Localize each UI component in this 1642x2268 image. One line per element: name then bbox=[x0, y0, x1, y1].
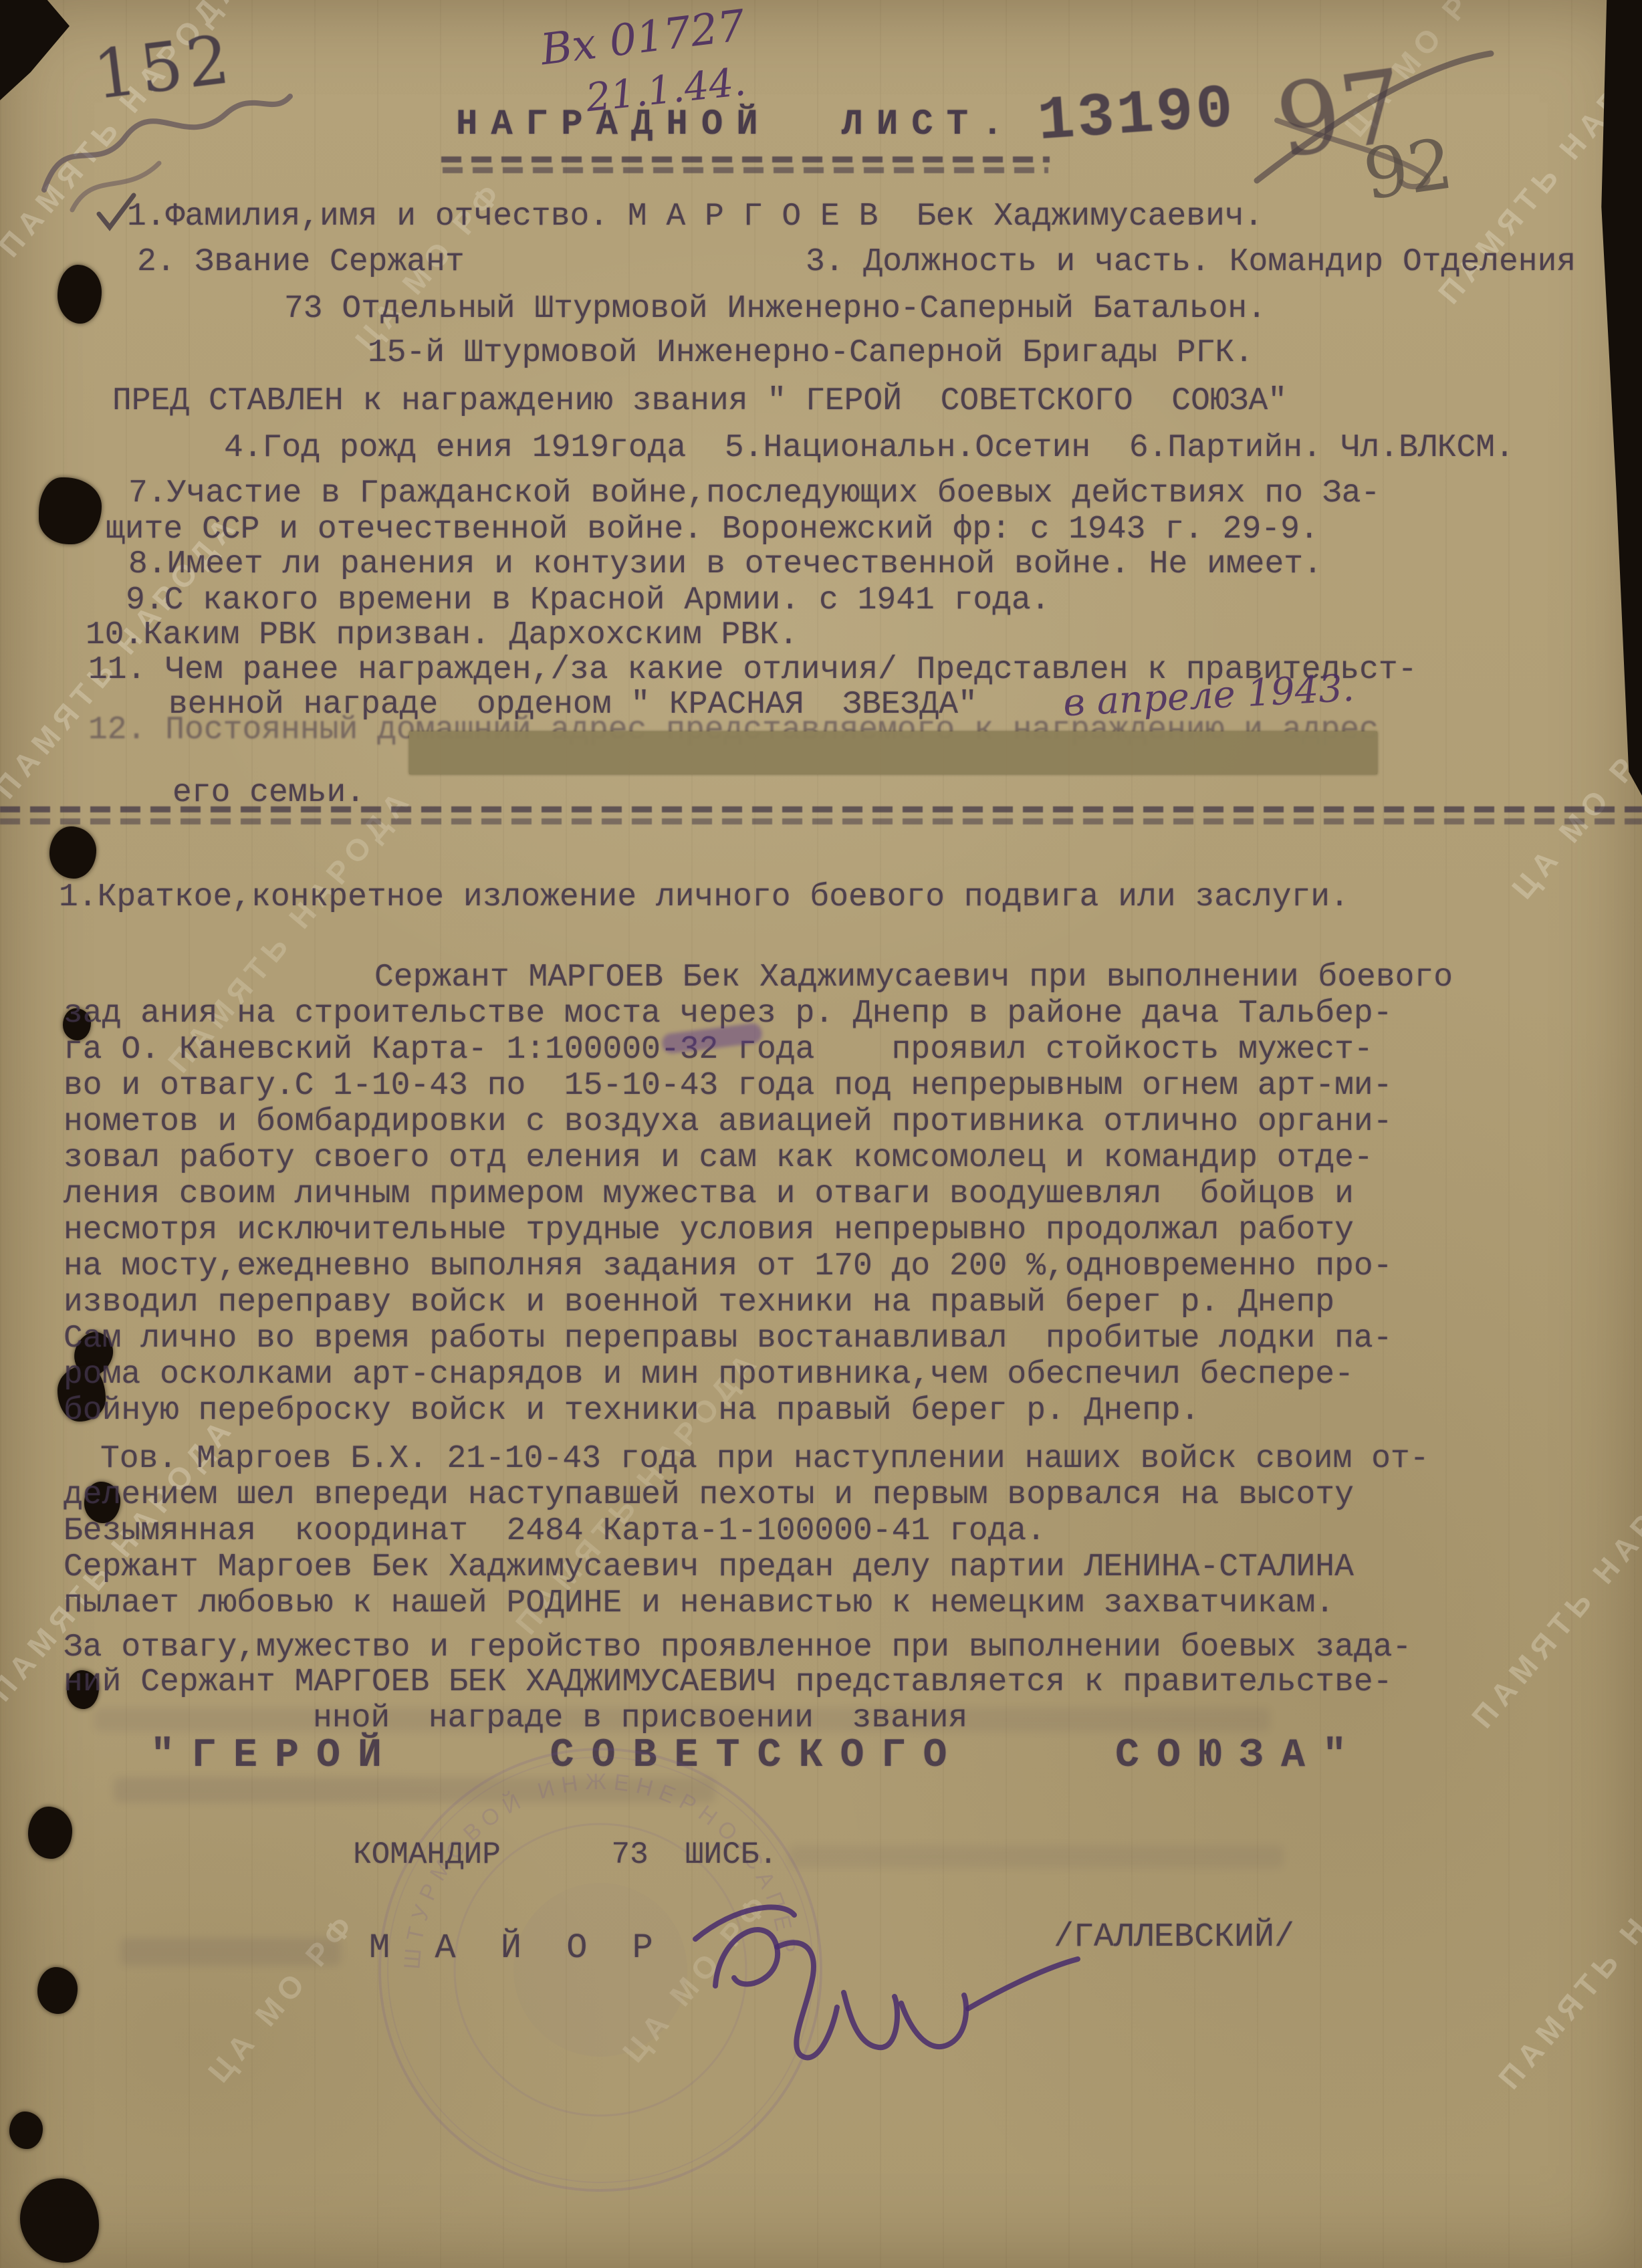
feat-line: делением шел впереди наступавшей пехоты … bbox=[64, 1478, 1354, 1512]
field-unit-battalion: 73 Отдельный Штурмовой Инженерно-Саперны… bbox=[284, 292, 1266, 326]
punch-hole bbox=[28, 1807, 72, 1859]
title-underline bbox=[441, 156, 1050, 162]
punch-hole bbox=[9, 2112, 43, 2149]
hero-word: "ГЕРОЙ bbox=[150, 1733, 399, 1779]
punch-hole bbox=[49, 826, 96, 879]
field-service-since: 9.С какого времени в Красной Армии. с 19… bbox=[126, 583, 1050, 618]
field-name: 1.Фамилия,имя и отчество. М А Р Г О Е В … bbox=[127, 199, 1263, 234]
commander-signature bbox=[669, 1865, 1096, 2079]
watermark: ЦА МО РФ bbox=[201, 1904, 364, 2089]
punch-hole bbox=[39, 477, 102, 544]
field-presented-for: ПРЕД СТАВЛЕН к награждению звания " ГЕРО… bbox=[112, 384, 1287, 419]
punch-hole bbox=[37, 1967, 78, 2014]
field-war-participation-cont: щите ССР и отечественной войне. Воронежс… bbox=[106, 512, 1319, 547]
erased-text-smear bbox=[94, 1708, 1270, 1732]
award-sheet-scan: ПАМЯТЬ НАРОДА ЦА МО РФ ПАМЯТЬ НАРОДА ЦА … bbox=[0, 0, 1642, 2268]
commander-rank: М А Й О Р bbox=[369, 1931, 665, 1966]
pencil-flourish bbox=[32, 56, 300, 217]
feat-line: изводил переправу войск и военной техник… bbox=[64, 1285, 1334, 1320]
redaction-bar bbox=[409, 731, 1377, 774]
feat-line: Тов. Маргоев Б.Х. 21-10-43 года при наст… bbox=[100, 1442, 1429, 1476]
title-underline bbox=[443, 167, 1048, 173]
field-position: 3. Должность и часть. Командир Отделения bbox=[806, 245, 1576, 279]
field-birth-nationality-party: 4.Год рожд ения 1919года 5.Национальн.Ос… bbox=[224, 431, 1514, 465]
feat-line: пылает любовью к нашей РОДИНЕ и ненавист… bbox=[64, 1586, 1334, 1621]
feat-line: ний Сержант МАРГОЕВ БЕК ХАДЖИМУСАЕВИЧ пр… bbox=[64, 1665, 1393, 1700]
feat-heading: 1.Краткое,конкретное изложение личного б… bbox=[59, 880, 1349, 915]
punch-hole bbox=[57, 265, 102, 324]
watermark: ЦА МО РФ bbox=[1504, 721, 1642, 906]
watermark: ПАМЯТЬ НАРОДА bbox=[1464, 1436, 1642, 1735]
field-rank: 2. Звание Сержант bbox=[137, 245, 465, 279]
document-title: НАГРАДНОЙ ЛИСТ. bbox=[456, 104, 1016, 145]
section-separator bbox=[0, 806, 1642, 812]
watermark: ПАМЯТЬ НАРОДА bbox=[1491, 1797, 1642, 2096]
feat-line: Сержант Маргоев Бек Хаджимусаевич предан… bbox=[64, 1550, 1354, 1585]
scan-edge-right bbox=[1598, 0, 1642, 796]
feat-line: нометов и бомбардировки с воздуха авиаци… bbox=[64, 1105, 1393, 1139]
feat-line: Безымянная координат 2484 Карта-1-100000… bbox=[64, 1514, 1046, 1549]
punch-hole bbox=[20, 2178, 99, 2263]
feat-line: во и отвагу.С 1-10-43 по 15-10-43 года п… bbox=[64, 1068, 1393, 1103]
feat-line: Сержант МАРГОЕВ Бек Хаджимусаевич при вы… bbox=[374, 960, 1453, 995]
feat-line: несмотря исключительные трудные условия … bbox=[64, 1213, 1354, 1248]
feat-line: За отвагу,мужество и геройство проявленн… bbox=[64, 1630, 1411, 1665]
field-war-participation: 7.Участие в Гражданской войне,последующи… bbox=[128, 476, 1380, 511]
feat-line: на мосту,ежедневно выполняя задания от 1… bbox=[64, 1249, 1393, 1284]
feat-line: рома осколками арт-снарядов и мин против… bbox=[64, 1357, 1354, 1392]
feat-line: Сам лично во время работы переправы вост… bbox=[64, 1321, 1393, 1356]
archive-page-number: 92 bbox=[1359, 122, 1457, 215]
field-unit-brigade: 15-й Штурмовой Инженерно-Саперной Бригад… bbox=[368, 336, 1254, 370]
field-drafted-by: 10.Каким РВК призван. Дархохским РВК. bbox=[86, 618, 798, 653]
section-separator bbox=[0, 818, 1642, 824]
field-wounds: 8.Имеет ли ранения и контузии в отечеств… bbox=[128, 547, 1322, 582]
feat-line: бойную переброску войск и техники на пра… bbox=[64, 1393, 1199, 1428]
erased-text-smear bbox=[789, 1845, 1284, 1868]
field-home-address-cont: его семьи. bbox=[172, 776, 365, 810]
feat-line: зовал работу своего отд еления и сам как… bbox=[64, 1141, 1373, 1175]
feat-line: ления своим личным примером мужества и о… bbox=[64, 1177, 1354, 1212]
erased-text-smear bbox=[120, 1938, 341, 1966]
hero-word: СОЮЗА" bbox=[1115, 1733, 1364, 1779]
registration-stamp-number: 13190 bbox=[1036, 74, 1238, 157]
